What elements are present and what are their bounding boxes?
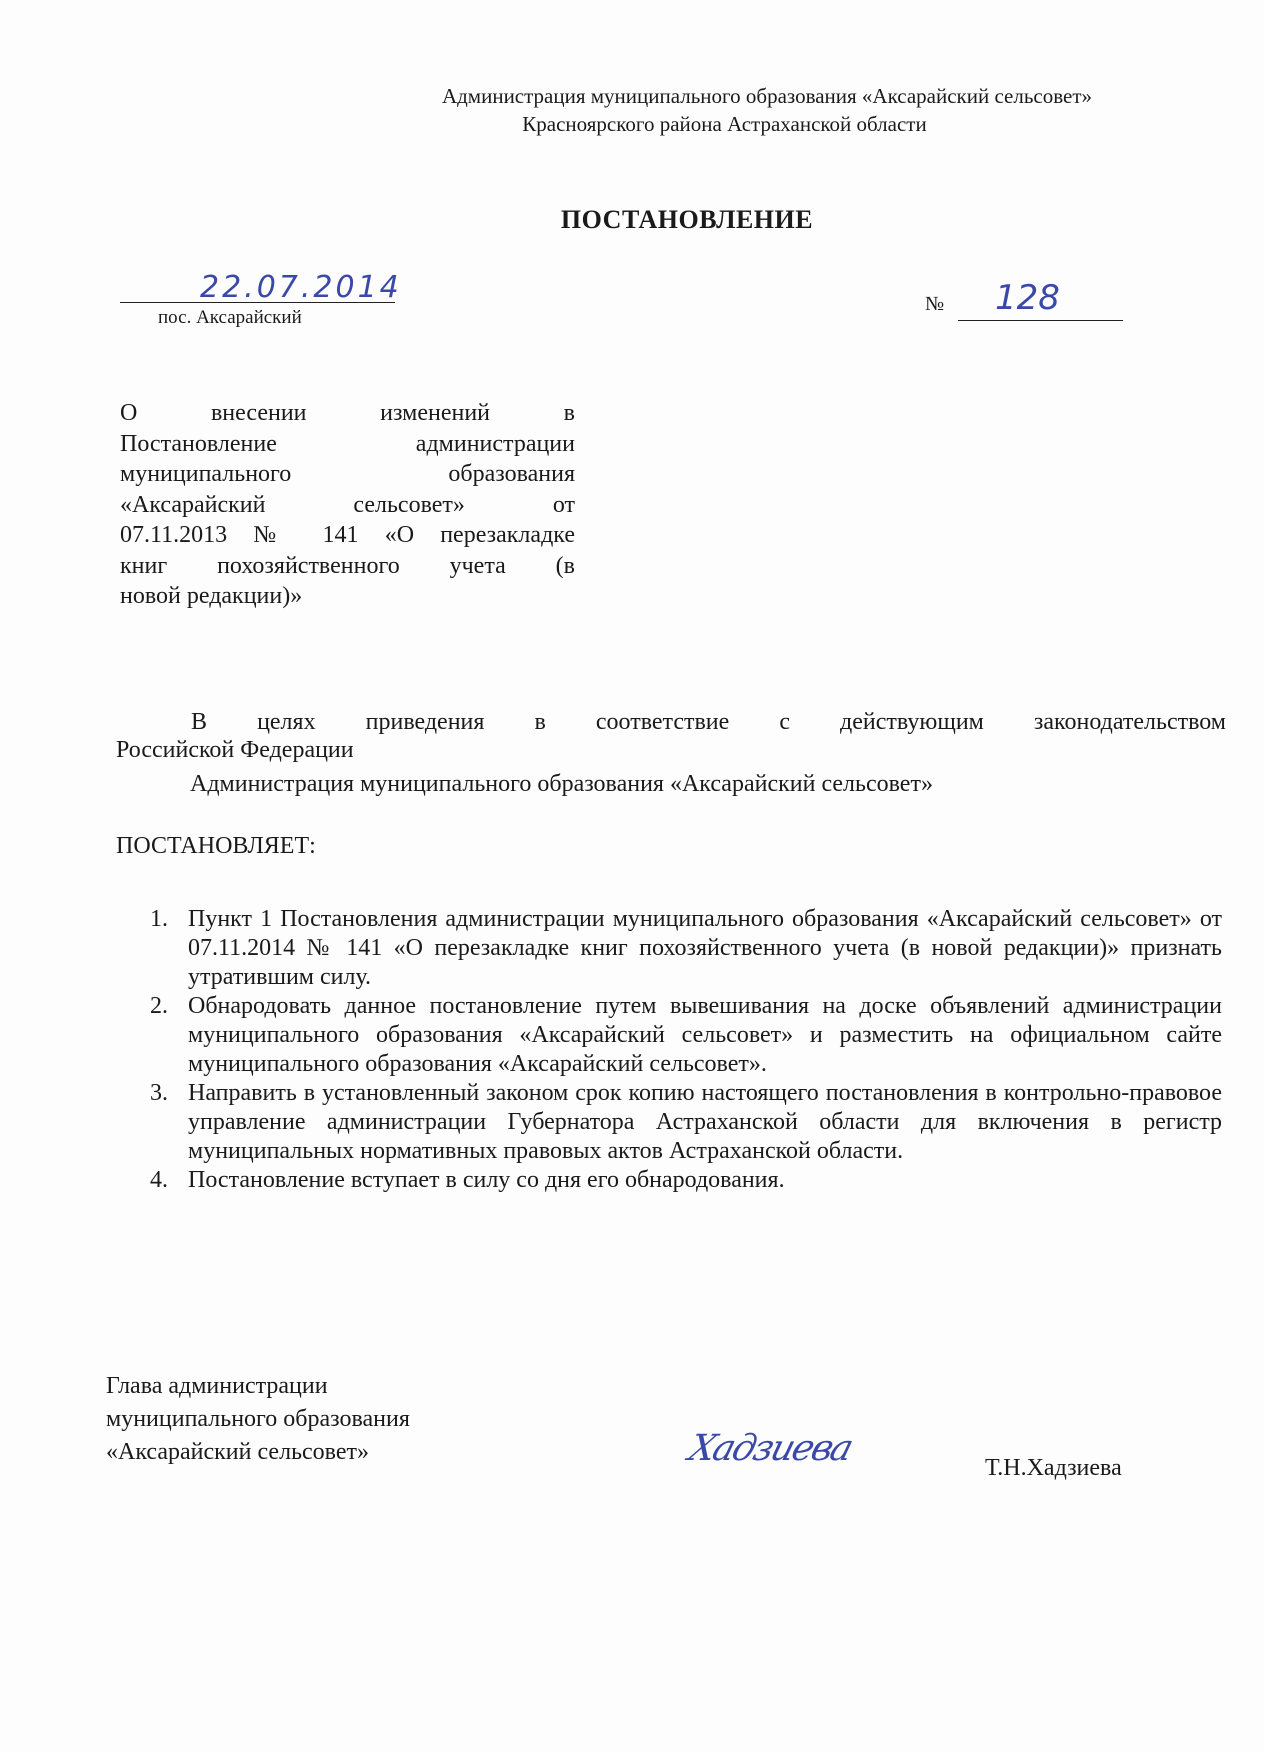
handwritten-date: 22.07.2014 [200,270,402,305]
item-number: 1. [150,905,188,992]
item-number: 4. [150,1166,188,1195]
resolution-item: 3. Направить в установленный законом сро… [150,1079,1222,1166]
document-title: ПОСТАНОВЛЕНИЕ [0,205,1264,235]
item-number: 3. [150,1079,188,1166]
resolve-label: ПОСТАНОВЛЯЕТ: [116,833,316,860]
position-line: Глава администрации [106,1370,410,1403]
handwritten-number: 128 [995,278,1060,318]
item-text: Обнародовать данное постановление путем … [188,992,1222,1079]
place-label: пос. Аксарайский [158,307,302,329]
resolution-item: 2. Обнародовать данное постановление пут… [150,992,1222,1079]
subject-line: О внесении изменений в [120,398,575,429]
item-text: Пункт 1 Постановления администрации муни… [188,905,1222,992]
position-line: «Аксарайский сельсовет» [106,1436,410,1469]
subject-line: Постановление администрации [120,429,575,460]
item-text: Направить в установленный законом срок к… [188,1079,1222,1166]
resolution-items: 1. Пункт 1 Постановления администрации м… [150,905,1222,1195]
resolution-item: 1. Пункт 1 Постановления администрации м… [150,905,1222,992]
item-text: Постановление вступает в силу со дня его… [188,1166,1222,1195]
signatory-name: Т.Н.Хадзиева [985,1455,1122,1482]
number-underline [958,320,1123,321]
resolution-item: 4. Постановление вступает в силу со дня … [150,1166,1222,1195]
document-header: Администрация муниципального образования… [0,82,1264,138]
subject-line: 07.11.2013 № 141 «О перезакладке [120,520,575,551]
position-line: муниципального образования [106,1403,410,1436]
header-organization: Администрация муниципального образования… [0,82,1264,110]
preamble-line: Российской Федерации [116,737,354,763]
subject-line: «Аксарайский сельсовет» от [120,490,575,521]
header-region: Красноярского района Астраханской област… [0,110,1264,138]
preamble-line: В целях приведения в соответствие с дейс… [116,708,1226,736]
subject-line: книг похозяйственного учета (в [120,551,575,582]
preamble: В целях приведения в соответствие с дейс… [116,708,1226,764]
item-number: 2. [150,992,188,1079]
document-subject: О внесении изменений в Постановление адм… [120,398,575,612]
number-sign: № [925,293,944,316]
handwritten-signature: Хадзиева [685,1428,856,1469]
preamble-authority: Администрация муниципального образования… [190,770,933,798]
subject-line: новой редакции)» [120,581,575,612]
subject-line: муниципального образования [120,459,575,490]
signatory-position: Глава администрации муниципального образ… [106,1370,410,1469]
